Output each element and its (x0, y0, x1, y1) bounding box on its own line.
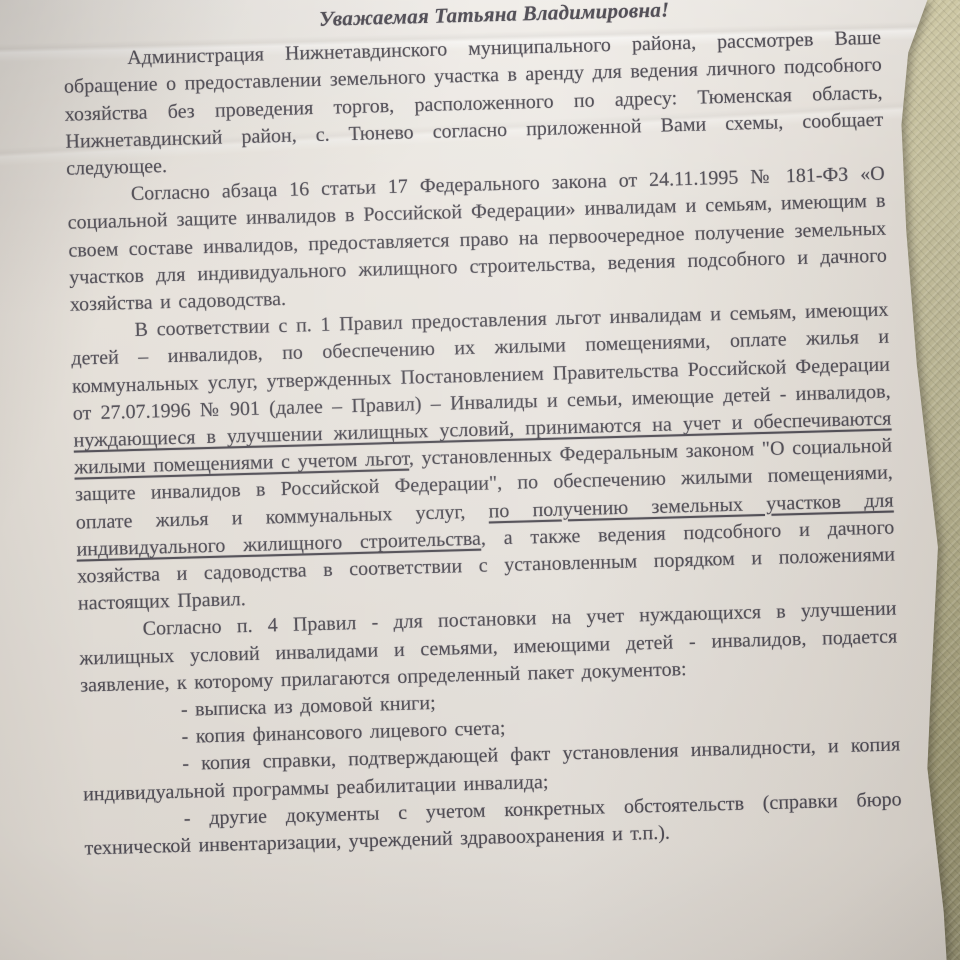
paragraph: Согласно абзаца 16 статьи 17 Федеральног… (67, 161, 888, 319)
photo-of-letter: Уважаемая Татьяна Владимировна! Админист… (0, 0, 960, 960)
paragraph: Администрация Нижнетавдинского муниципал… (63, 25, 884, 183)
letter-page: Уважаемая Татьяна Владимировна! Админист… (0, 0, 960, 960)
letter-content: Уважаемая Татьяна Владимировна! Админист… (62, 0, 903, 863)
document-body: Администрация Нижнетавдинского муниципал… (63, 25, 903, 863)
text-run: , установленных Федеральным законом "О с… (75, 435, 893, 534)
text-run: Согласно абзаца 16 статьи 17 Федеральног… (67, 163, 887, 316)
text-run: В соответствии с п. 1 Правил предоставле… (71, 299, 891, 425)
text-run: - выписка из домовой книги; (181, 692, 436, 721)
paragraph: В соответствии с п. 1 Правил предоставле… (70, 297, 896, 618)
text-run: Администрация Нижнетавдинского муниципал… (64, 27, 884, 180)
paper-shadow: Уважаемая Татьяна Владимировна! Админист… (0, 0, 960, 960)
